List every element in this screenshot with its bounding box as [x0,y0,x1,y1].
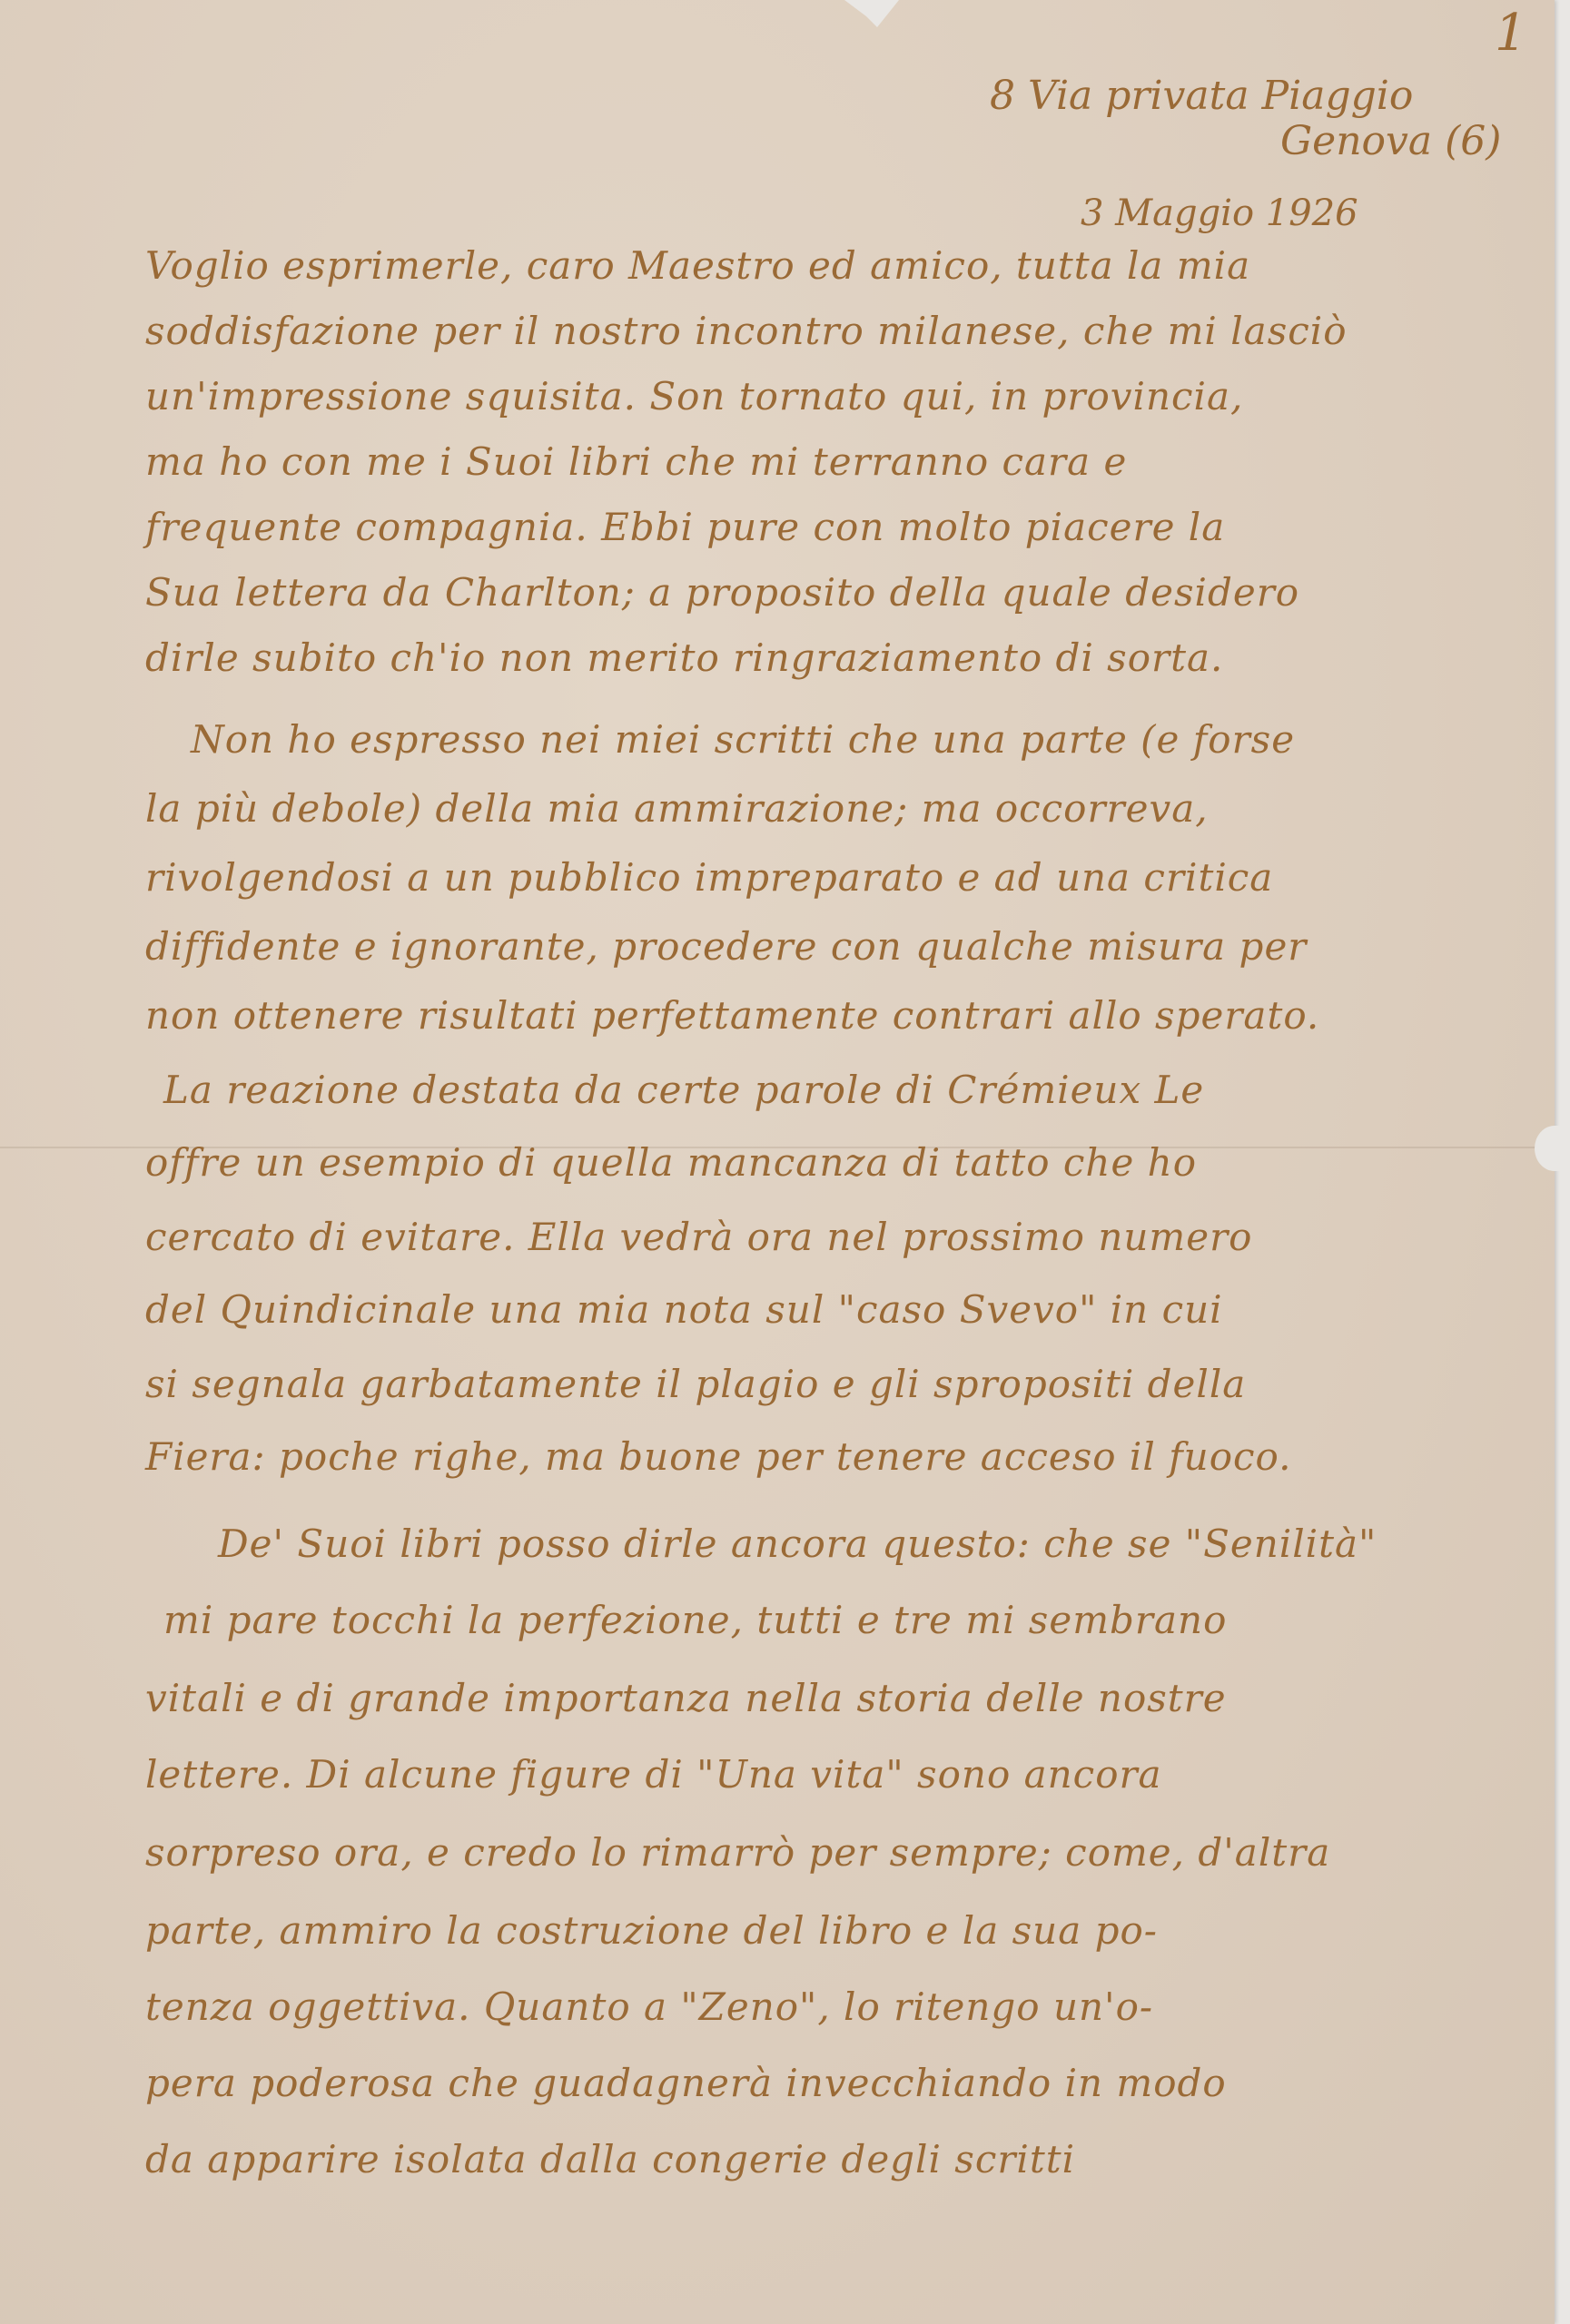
letter-line: soddisfazione per il nostro incontro mil… [145,309,1348,353]
letter-line: rivolgendosi a un pubblico impreparato e… [145,855,1273,900]
page-number: 1 [1495,4,1527,63]
letter-line: Voglio esprimerle, caro Maestro ed amico… [145,243,1250,288]
paper-tear [844,0,899,27]
letter-line: pera poderosa che guadagnerà invecchiand… [145,2061,1227,2105]
letter-line: lettere. Di alcune figure di "Una vita" … [145,1752,1162,1797]
letter-line: sorpreso ora, e credo lo rimarrò per sem… [145,1830,1330,1875]
letter-line: frequente compagnia. Ebbi pure con molto… [145,505,1225,549]
letter-line: La reazione destata da certe parole di C… [163,1068,1204,1112]
paper-notch [1535,1126,1570,1171]
letter-line: tenza oggettiva. Quanto a "Zeno", lo rit… [145,1984,1153,2029]
letter-line: si segnala garbatamente il plagio e gli … [145,1362,1246,1406]
letter-line: vitali e di grande importanza nella stor… [145,1676,1227,1720]
letter-line: del Quindicinale una mia nota sul "caso … [145,1287,1223,1332]
letter-line: Sua lettera da Charlton; a proposito del… [145,570,1299,615]
letter-line: non ottenere risultati perfettamente con… [145,993,1319,1038]
letter-line: offre un esempio di quella mancanza di t… [145,1140,1197,1185]
letter-line: un'impressione squisita. Son tornato qui… [145,374,1243,419]
letter-page: 1 8 Via privata Piaggio Genova (6) 3 Mag… [0,0,1555,2324]
letter-line: Fiera: poche righe, ma buone per tenere … [145,1434,1291,1479]
letter-line: mi pare tocchi la perfezione, tutti e tr… [163,1598,1227,1642]
letter-date: 3 Maggio 1926 [1081,192,1358,234]
letter-line: da apparire isolata dalla congerie degli… [145,2137,1075,2181]
letter-line: diffidente e ignorante, procedere con qu… [145,924,1307,969]
letter-line: parte, ammiro la costruzione del libro e… [145,1908,1158,1953]
letter-line: De' Suoi libri posso dirle ancora questo… [218,1521,1377,1566]
letter-line: la più debole) della mia ammirazione; ma… [145,786,1209,831]
letter-line: ma ho con me i Suoi libri che mi terrann… [145,439,1127,484]
letter-line: cercato di evitare. Ella vedrà ora nel p… [145,1215,1252,1259]
letter-line: dirle subito ch'io non merito ringraziam… [145,635,1223,680]
letter-line: Non ho espresso nei miei scritti che una… [191,717,1295,762]
address-line-2: Genova (6) [1280,118,1501,164]
address-line-1: 8 Via privata Piaggio [990,73,1413,119]
